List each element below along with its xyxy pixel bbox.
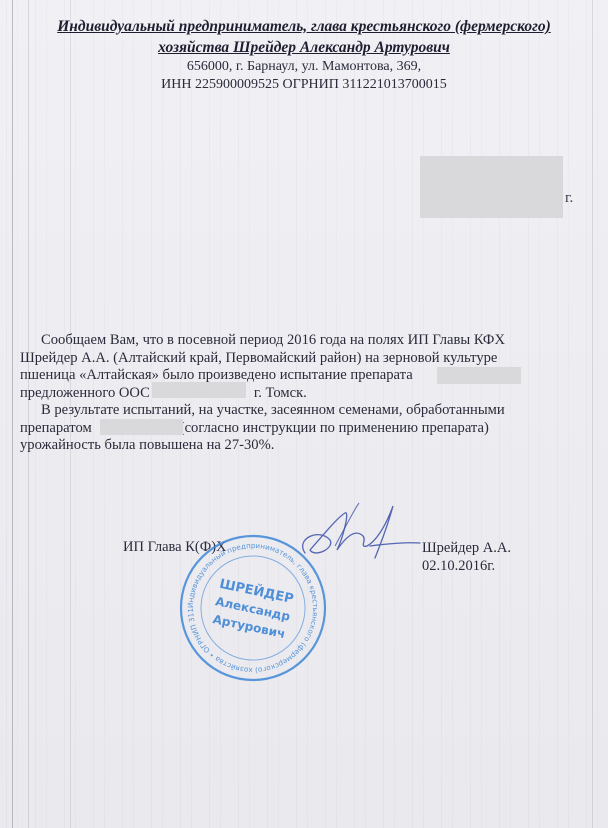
- p2-line2-suffix: (согласно инструкции по применению препа…: [180, 420, 489, 436]
- letterhead-title-line2: хозяйства Шрейдер Александр Артурович: [0, 37, 608, 58]
- product-name-redaction: [437, 367, 521, 384]
- signature-date: 02.10.2016г.: [422, 557, 511, 575]
- company-name-redaction: [152, 382, 246, 398]
- scan-edge-line: [12, 0, 13, 828]
- signatory-block: Шрейдер А.А. 02.10.2016г.: [422, 539, 511, 575]
- letterhead-registration: ИНН 225900009525 ОГРНИП 311221013700015: [0, 76, 608, 94]
- p1-line4-prefix: предложенного ООС: [20, 385, 150, 401]
- p1-line1: Сообщаем Вам, что в посевной период 2016…: [20, 332, 580, 350]
- p1-line4-suffix: г. Томск.: [254, 385, 307, 401]
- letterhead-title-line1: Индивидуальный предприниматель, глава кр…: [0, 16, 608, 37]
- letterhead: Индивидуальный предприниматель, глава кр…: [0, 16, 608, 94]
- addressee-city-abbrev: г.: [565, 190, 573, 207]
- addressee-redaction: [420, 156, 563, 218]
- letterhead-address: 656000, г. Барнаул, ул. Мамонтова, 369,: [0, 58, 608, 76]
- p2-line1: В результате испытаний, на участке, засе…: [20, 402, 580, 420]
- p1-line4: предложенного ООСг. Томск.: [20, 385, 580, 403]
- p1-line2: Шрейдер А.А. (Алтайский край, Первомайск…: [20, 350, 580, 368]
- scanned-letter-page: Индивидуальный предприниматель, глава кр…: [0, 0, 608, 828]
- product-name-redaction-2: [100, 419, 183, 435]
- p2-line3: урожайность была повышена на 27-30%.: [20, 437, 580, 455]
- signatory-name: Шрейдер А.А.: [422, 539, 511, 557]
- handwritten-signature: [275, 498, 425, 573]
- p2-line2-prefix: препаратом: [20, 420, 92, 436]
- scan-edge-line: [592, 0, 593, 828]
